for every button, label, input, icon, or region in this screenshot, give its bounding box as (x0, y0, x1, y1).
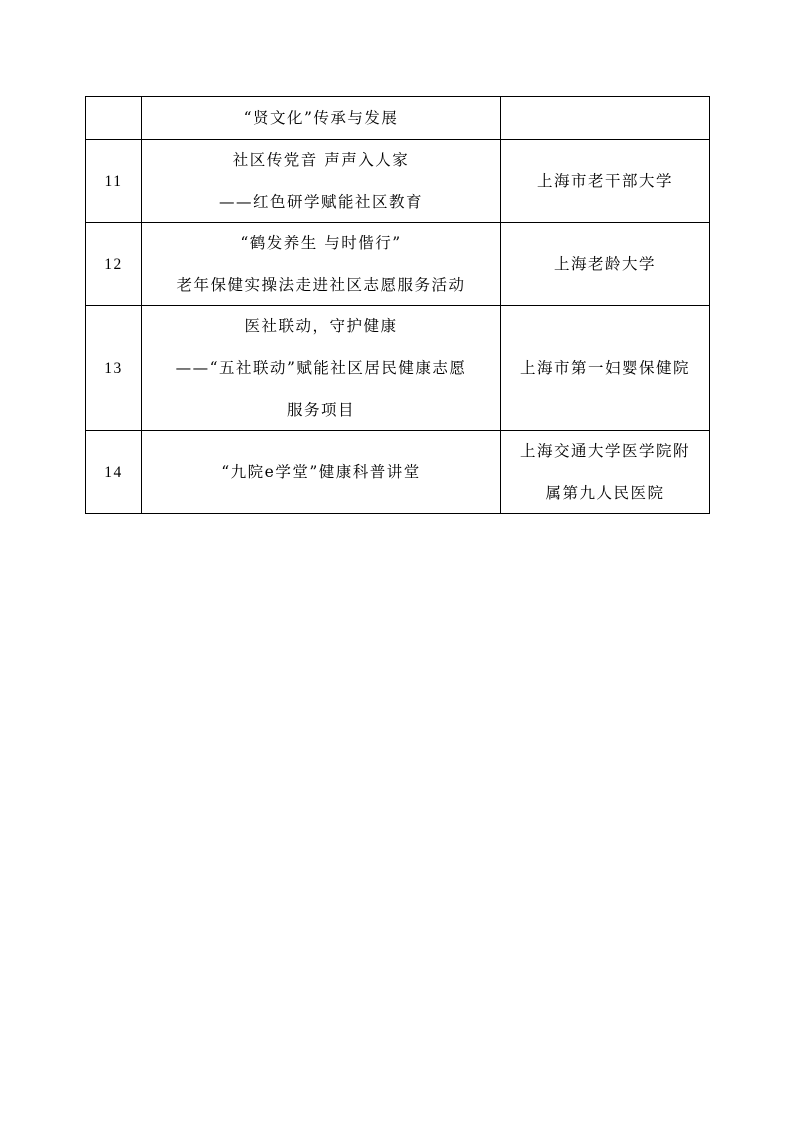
organization-cell: 上海市老干部大学 (501, 140, 710, 223)
table-row: 12 “鹤发养生 与时偕行” 老年保健实操法走进社区志愿服务活动 上海老龄大学 (86, 223, 710, 306)
document-page: “贤文化”传承与发展 11 社区传党音 声声入人家 ——红色研学赋能社区教育 上… (0, 0, 793, 1122)
organization-line: 上海老龄大学 (501, 254, 709, 275)
organization-cell (501, 97, 710, 140)
project-title-line: “九院e学堂”健康科普讲堂 (142, 462, 500, 483)
organization-cell: 上海交通大学医学院附 属第九人民医院 (501, 431, 710, 514)
row-number-cell: 11 (86, 140, 142, 223)
project-table: “贤文化”传承与发展 11 社区传党音 声声入人家 ——红色研学赋能社区教育 上… (85, 96, 710, 514)
row-number-cell: 12 (86, 223, 142, 306)
project-title-cell: “贤文化”传承与发展 (142, 97, 501, 140)
project-title-line: 医社联动，守护健康 (142, 316, 500, 337)
project-title-line: 社区传党音 声声入人家 (142, 150, 500, 171)
row-number-cell: 13 (86, 306, 142, 431)
table-row: 11 社区传党音 声声入人家 ——红色研学赋能社区教育 上海市老干部大学 (86, 140, 710, 223)
table-row: 14 “九院e学堂”健康科普讲堂 上海交通大学医学院附 属第九人民医院 (86, 431, 710, 514)
project-title-line: “贤文化”传承与发展 (142, 108, 500, 129)
project-title-cell: “九院e学堂”健康科普讲堂 (142, 431, 501, 514)
organization-cell: 上海老龄大学 (501, 223, 710, 306)
row-number-cell (86, 97, 142, 140)
project-subtitle-line: ——“五社联动”赋能社区居民健康志愿 (142, 358, 500, 379)
organization-line: 上海交通大学医学院附 (501, 441, 709, 462)
table-row: “贤文化”传承与发展 (86, 97, 710, 140)
organization-line: 上海市第一妇婴保健院 (501, 358, 709, 379)
project-subtitle-line: ——红色研学赋能社区教育 (142, 192, 500, 213)
organization-line: 属第九人民医院 (501, 483, 709, 504)
project-subtitle-line: 老年保健实操法走进社区志愿服务活动 (142, 275, 500, 296)
row-number-cell: 14 (86, 431, 142, 514)
project-title-cell: “鹤发养生 与时偕行” 老年保健实操法走进社区志愿服务活动 (142, 223, 501, 306)
project-title-cell: 医社联动，守护健康 ——“五社联动”赋能社区居民健康志愿 服务项目 (142, 306, 501, 431)
table-row: 13 医社联动，守护健康 ——“五社联动”赋能社区居民健康志愿 服务项目 上海市… (86, 306, 710, 431)
project-title-line: “鹤发养生 与时偕行” (142, 233, 500, 254)
project-subtitle-line: 服务项目 (142, 400, 500, 421)
organization-line: 上海市老干部大学 (501, 171, 709, 192)
project-title-cell: 社区传党音 声声入人家 ——红色研学赋能社区教育 (142, 140, 501, 223)
organization-cell: 上海市第一妇婴保健院 (501, 306, 710, 431)
